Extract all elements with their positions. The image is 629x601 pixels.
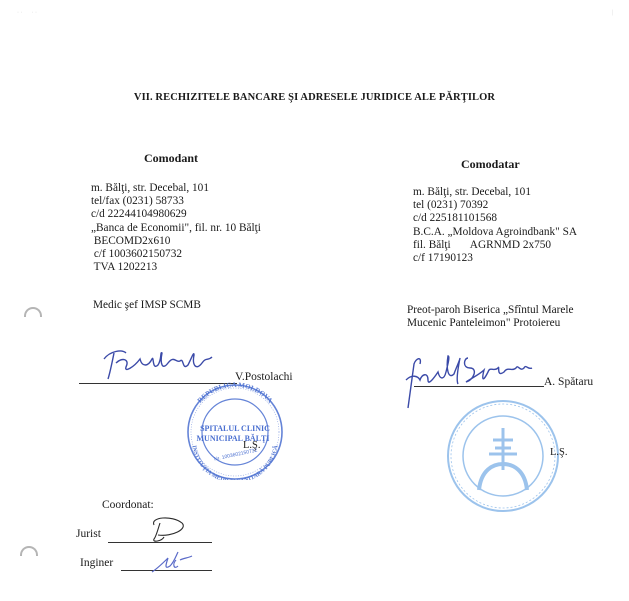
comodatar-details: m. Bălţi, str. Decebal, 101 tel (0231) 7… bbox=[413, 186, 577, 265]
comodatar-signatory: A. Spătaru bbox=[544, 376, 593, 388]
coordination-label: Coordonat: bbox=[102, 499, 154, 511]
scan-mark: | bbox=[612, 10, 613, 16]
comodatar-role-line-2: Mucenic Panteleimon" Protoiereu bbox=[407, 317, 574, 330]
comodatar-role: Preot-paroh Biserica „Sfîntul Marele Muc… bbox=[407, 304, 574, 330]
comodant-signature-icon bbox=[96, 345, 216, 385]
punch-hole-bottom bbox=[20, 546, 38, 556]
scan-mark: · · · · bbox=[17, 10, 37, 16]
comodatar-bank-code: fil. Bălţi AGRNMD 2x750 bbox=[413, 239, 577, 252]
comodant-role: Medic şef IMSP SCMB bbox=[93, 299, 201, 312]
comodatar-signature-line bbox=[414, 386, 544, 387]
church-seal-icon bbox=[445, 398, 561, 514]
jurist-signature-icon bbox=[142, 515, 188, 545]
comodatar-phone: tel (0231) 70392 bbox=[413, 199, 577, 212]
punch-hole-top bbox=[24, 307, 42, 317]
comodant-bank-code: BECOMD2x610 bbox=[91, 235, 261, 248]
comodant-heading: Comodant bbox=[144, 151, 198, 166]
comodant-fiscal-code: c/f 1003602150732 bbox=[91, 248, 261, 261]
comodatar-bank: B.C.A. „Moldova Agroindbank" SA bbox=[413, 226, 577, 239]
comodant-vat: TVA 1202213 bbox=[91, 261, 261, 274]
section-title: VII. RECHIZITELE BANCARE ŞI ADRESELE JUR… bbox=[0, 92, 629, 103]
svg-text:INSTITUŢIA MEDICO-SANITARĂ PUB: INSTITUŢIA MEDICO-SANITARĂ PUBLICĂ bbox=[190, 444, 279, 480]
comodant-account: c/d 22244104980629 bbox=[91, 208, 261, 221]
hospital-seal-icon: REPUBLICA MOLDOVA INSTITUŢIA MEDICO-SANI… bbox=[176, 380, 294, 480]
comodatar-address: m. Bălţi, str. Decebal, 101 bbox=[413, 186, 577, 199]
comodant-seal-mark: L.Ş. bbox=[243, 440, 261, 451]
comodatar-account: c/d 225181101568 bbox=[413, 212, 577, 225]
comodant-details: m. Bălţi, str. Decebal, 101 tel/fax (023… bbox=[91, 182, 261, 274]
comodant-bank: „Banca de Economii", fil. nr. 10 Bălţi bbox=[91, 222, 261, 235]
svg-text:REPUBLICA MOLDOVA: REPUBLICA MOLDOVA bbox=[196, 381, 274, 405]
comodatar-role-line-1: Preot-paroh Biserica „Sfîntul Marele bbox=[407, 304, 574, 317]
jurist-label: Jurist bbox=[76, 528, 101, 540]
comodatar-seal-mark: L.Ş. bbox=[550, 447, 568, 458]
comodant-address: m. Bălţi, str. Decebal, 101 bbox=[91, 182, 261, 195]
inginer-signature-icon bbox=[148, 550, 198, 576]
comodatar-fiscal-code: c/f 17190123 bbox=[413, 252, 577, 265]
inginer-label: Inginer bbox=[80, 557, 113, 569]
comodant-phone: tel/fax (0231) 58733 bbox=[91, 195, 261, 208]
svg-text:SPITALUL CLINIC: SPITALUL CLINIC bbox=[200, 424, 270, 433]
comodatar-heading: Comodatar bbox=[461, 157, 520, 172]
